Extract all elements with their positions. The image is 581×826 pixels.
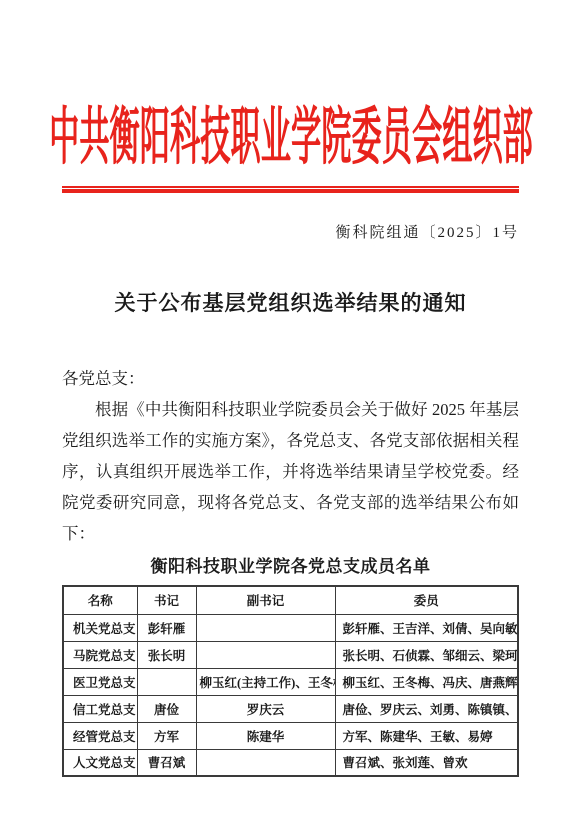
cell-branch-name: 人文党总支 xyxy=(63,749,137,776)
cell-committee-members: 柳玉红、王冬梅、冯庆、唐燕辉 xyxy=(335,668,518,695)
cell-secretary xyxy=(137,668,196,695)
cell-secretary: 张长明 xyxy=(137,641,196,668)
masthead: 中共衡阳科技职业学院委员会组织部 xyxy=(62,98,519,178)
cell-deputy-secretary xyxy=(196,614,335,641)
cell-secretary: 彭轩雁 xyxy=(137,614,196,641)
document-body: 各党总支： 根据《中共衡阳科技职业学院委员会关于做好 2025 年基层党组织选举… xyxy=(62,363,519,549)
red-rule-thin-line xyxy=(62,186,519,188)
cell-branch-name: 经管党总支 xyxy=(63,722,137,749)
results-table: 名称 书记 副书记 委员 机关党总支 彭轩雁 彭轩雁、王吉洋、刘倩、吴向敏、蒋灿… xyxy=(62,585,519,777)
cell-branch-name: 医卫党总支 xyxy=(63,668,137,695)
column-header-name: 名称 xyxy=(63,586,137,614)
table-header-row: 名称 书记 副书记 委员 xyxy=(63,586,518,614)
cell-secretary: 唐俭 xyxy=(137,695,196,722)
cell-secretary: 方军 xyxy=(137,722,196,749)
cell-committee-members: 方军、陈建华、王敏、易婷 xyxy=(335,722,518,749)
body-paragraph: 根据《中共衡阳科技职业学院委员会关于做好 2025 年基层党组织选举工作的实施方… xyxy=(62,394,519,549)
cell-committee-members: 彭轩雁、王吉洋、刘倩、吴向敏、蒋灿 xyxy=(335,614,518,641)
column-header-secretary: 书记 xyxy=(137,586,196,614)
document-title: 关于公布基层党组织选举结果的通知 xyxy=(62,289,519,317)
column-header-deputy-secretary: 副书记 xyxy=(196,586,335,614)
cell-committee-members: 张长明、石侦霖、邹细云、梁珂珂 xyxy=(335,641,518,668)
document-number: 衡科院组通〔2025〕1号 xyxy=(62,223,519,243)
table-row: 医卫党总支 柳玉红(主持工作)、王冬梅 柳玉红、王冬梅、冯庆、唐燕辉 xyxy=(63,668,518,695)
table-row: 信工党总支 唐俭 罗庆云 唐俭、罗庆云、刘勇、陈镇镇、谢鑫林 xyxy=(63,695,518,722)
cell-branch-name: 机关党总支 xyxy=(63,614,137,641)
document-page: 中共衡阳科技职业学院委员会组织部 衡科院组通〔2025〕1号 关于公布基层党组织… xyxy=(0,0,581,826)
salutation: 各党总支： xyxy=(62,363,519,394)
cell-deputy-secretary: 陈建华 xyxy=(196,722,335,749)
cell-branch-name: 马院党总支 xyxy=(63,641,137,668)
column-header-committee-members: 委员 xyxy=(335,586,518,614)
cell-deputy-secretary: 柳玉红(主持工作)、王冬梅 xyxy=(196,668,335,695)
table-row: 经管党总支 方军 陈建华 方军、陈建华、王敏、易婷 xyxy=(63,722,518,749)
red-rule-thick-line xyxy=(62,189,519,193)
table-caption: 衡阳科技职业学院各党总支成员名单 xyxy=(62,555,519,579)
cell-deputy-secretary xyxy=(196,749,335,776)
table-row: 马院党总支 张长明 张长明、石侦霖、邹细云、梁珂珂 xyxy=(63,641,518,668)
cell-deputy-secretary xyxy=(196,641,335,668)
cell-secretary: 曹召斌 xyxy=(137,749,196,776)
cell-committee-members: 曹召斌、张刘莲、曾欢 xyxy=(335,749,518,776)
cell-committee-members: 唐俭、罗庆云、刘勇、陈镇镇、谢鑫林 xyxy=(335,695,518,722)
cell-branch-name: 信工党总支 xyxy=(63,695,137,722)
cell-deputy-secretary: 罗庆云 xyxy=(196,695,335,722)
table-row: 人文党总支 曹召斌 曹召斌、张刘莲、曾欢 xyxy=(63,749,518,776)
red-separator-rule xyxy=(62,186,519,193)
masthead-title: 中共衡阳科技职业学院委员会组织部 xyxy=(49,93,533,183)
table-row: 机关党总支 彭轩雁 彭轩雁、王吉洋、刘倩、吴向敏、蒋灿 xyxy=(63,614,518,641)
